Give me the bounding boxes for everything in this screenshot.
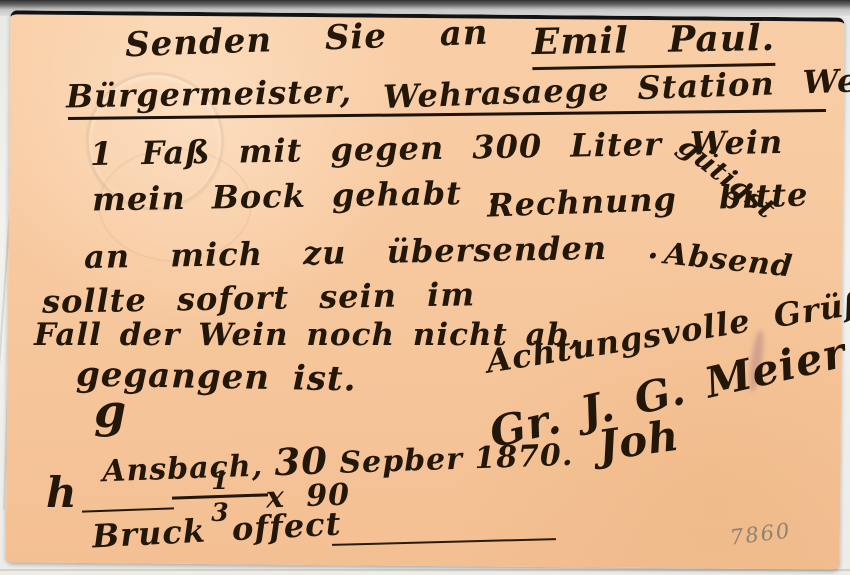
fraction-numerator: 1: [211, 468, 228, 493]
handwriting-line4-left: mein Bock gehabt .: [92, 176, 501, 215]
handwriting-title: Bürgermeister,: [66, 76, 352, 113]
scan-bottom-sleeve-line: [0, 569, 850, 571]
handwriting-flourish-g: g: [94, 388, 127, 434]
signature-initials: Joh: [595, 415, 681, 468]
handwriting-addressee-underlined: Emil Paul.: [532, 20, 776, 70]
handwriting-line6: sollte sofort sein im: [42, 278, 476, 318]
dateline-day: 30: [274, 438, 329, 484]
handwriting-flourish-h: h: [46, 472, 78, 514]
postcard-scan: Senden Sie an Emil Paul. Bürgermeister, …: [0, 0, 850, 575]
handwriting-line5-left: an mich zu übersenden .: [84, 231, 660, 273]
